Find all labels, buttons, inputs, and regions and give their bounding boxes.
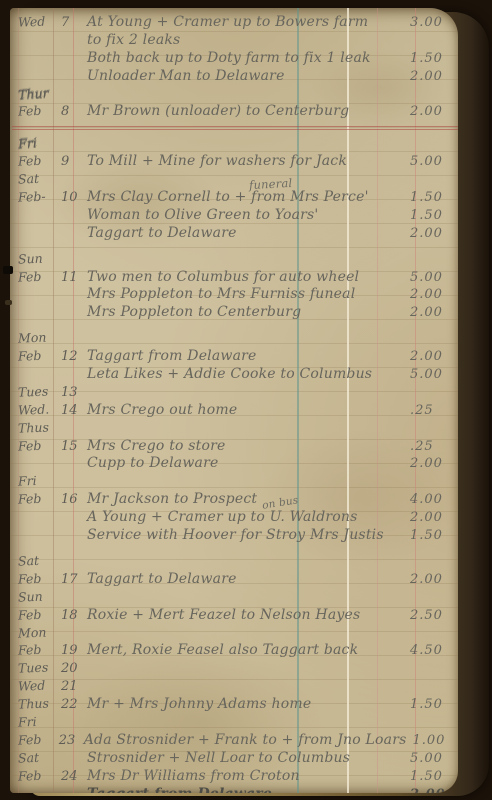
margin-day: Feb bbox=[10, 606, 61, 623]
ledger-row: Tues20 bbox=[10, 660, 458, 678]
entry-text: Mr + Mrs Johnny Adams home bbox=[81, 696, 404, 712]
amount: 2.50 bbox=[404, 608, 458, 623]
date-number: 15 bbox=[61, 439, 81, 454]
date-number: 12 bbox=[61, 349, 81, 364]
ledger-row: Woman to Olive Green to Yoars'1.50 bbox=[10, 207, 458, 225]
amount: 2.00 bbox=[404, 510, 458, 525]
ledger-row: Fri bbox=[10, 473, 458, 491]
margin-day: Feb bbox=[10, 642, 61, 659]
margin-day: Feb bbox=[10, 767, 61, 784]
margin-day bbox=[10, 315, 61, 317]
date-number: 10 bbox=[61, 190, 81, 205]
margin-day: Feb bbox=[10, 570, 61, 587]
amount: 2.00 bbox=[404, 104, 458, 119]
ledger-row: Mon bbox=[10, 625, 458, 643]
amount: 2.00 bbox=[404, 226, 458, 241]
margin-day: Feb bbox=[10, 268, 61, 285]
margin-day: Feb bbox=[10, 490, 61, 507]
margin-day: Sun bbox=[10, 250, 61, 267]
date-number: 19 bbox=[61, 643, 81, 658]
margin-day bbox=[10, 520, 61, 522]
date-number: 16 bbox=[61, 492, 81, 507]
amount: 1.00 bbox=[406, 733, 458, 748]
ledger-row: to fix 2 leaks bbox=[10, 32, 458, 50]
margin-day bbox=[10, 538, 61, 540]
amount: .25 bbox=[404, 403, 458, 418]
margin-day: Fri bbox=[10, 472, 61, 489]
entry-text: Roxie + Mert Feazel to Nelson Hayes bbox=[81, 607, 404, 623]
margin-day: Feb bbox=[10, 103, 61, 120]
amount: 2.00 bbox=[404, 349, 458, 364]
entry-text: Mrs Crego out home bbox=[81, 402, 404, 418]
blank-line bbox=[10, 243, 458, 251]
ledger-row: Mon bbox=[10, 330, 458, 348]
ledger-row: Unloader Man to Delaware2.00 bbox=[10, 68, 458, 86]
amount: 2.00 bbox=[404, 69, 458, 84]
date-number: 14 bbox=[61, 403, 81, 418]
amount: 2.00 bbox=[404, 572, 458, 587]
entry-text: Taggart to Delaware bbox=[81, 225, 404, 241]
entry-text: Unloader Man to Delaware bbox=[81, 68, 404, 84]
amount: 5.00 bbox=[404, 270, 458, 285]
date-number: 17 bbox=[61, 572, 81, 587]
entry-text: Mr Jackson to Prospecton bus bbox=[81, 491, 404, 507]
date-number: 22 bbox=[61, 697, 81, 712]
red-section-divider bbox=[10, 121, 458, 135]
margin-day: Fri bbox=[10, 713, 61, 730]
margin-day bbox=[10, 79, 61, 81]
entry-text: Two men to Columbus for auto wheel bbox=[81, 269, 404, 285]
amount: 1.50 bbox=[404, 769, 458, 784]
ledger-row: Thur bbox=[10, 86, 458, 104]
ledger-entries: Wed7At Young + Cramer up to Bowers farm3… bbox=[10, 14, 458, 793]
ledger-row: Feb24Mrs Dr Williams from Croton1.50 bbox=[10, 768, 458, 786]
ledger-row: Feb-10Mrs Clay Cornell to + from Mrs Per… bbox=[10, 189, 458, 207]
ledger-row: Feb9To Mill + Mine for washers for Jack5… bbox=[10, 153, 458, 171]
margin-day: Feb bbox=[10, 731, 59, 748]
ledger-row: Taggart from Delaware2.00 bbox=[10, 786, 458, 793]
blank-line bbox=[10, 545, 458, 553]
date-number: 20 bbox=[61, 661, 81, 676]
ledger-row: Thus22Mr + Mrs Johnny Adams home1.50 bbox=[10, 696, 458, 714]
margin-day: Mon bbox=[10, 329, 61, 346]
ledger-row: Wed.14Mrs Crego out home.25 bbox=[10, 402, 458, 420]
date-number: 11 bbox=[61, 270, 81, 285]
ledger-row: Leta Likes + Addie Cooke to Columbus5.00 bbox=[10, 366, 458, 384]
margin-day bbox=[10, 377, 61, 379]
ledger-row: Fri bbox=[10, 714, 458, 732]
amount: 5.00 bbox=[404, 367, 458, 382]
amount: 1.50 bbox=[404, 208, 458, 223]
ledger-row: A Young + Cramer up to U. Waldrons2.00 bbox=[10, 509, 458, 527]
margin-day: Sat bbox=[10, 749, 61, 766]
ledger-row: Feb17Taggart to Delaware2.00 bbox=[10, 571, 458, 589]
ledger-row: Mrs Poppleton to Centerburg2.00 bbox=[10, 304, 458, 322]
entry-text: Leta Likes + Addie Cooke to Columbus bbox=[81, 366, 404, 382]
ledger-row: Sun bbox=[10, 251, 458, 269]
entry-text: Mert, Roxie Feasel also Taggart back bbox=[81, 642, 404, 658]
ledger-photo: Wed7At Young + Cramer up to Bowers farm3… bbox=[0, 0, 492, 800]
date-number: 23 bbox=[59, 733, 78, 748]
margin-day: Mon bbox=[10, 624, 61, 641]
amount: 2.00 bbox=[404, 456, 458, 471]
margin-day bbox=[10, 218, 61, 220]
amount: 4.50 bbox=[404, 643, 458, 658]
margin-day: Thur bbox=[10, 84, 61, 103]
entry-text: Woman to Olive Green to Yoars' bbox=[81, 207, 404, 223]
margin-day: Wed bbox=[10, 13, 61, 30]
amount: 2.00 bbox=[404, 787, 458, 793]
amount: 5.00 bbox=[404, 751, 458, 766]
entry-text: Ada Strosnider + Frank to + from Jno Loa… bbox=[78, 732, 407, 748]
ledger-row: Cupp to Delaware2.00 bbox=[10, 455, 458, 473]
margin-day: Thus bbox=[10, 695, 61, 712]
ledger-row: Feb12Taggart from Delaware2.00 bbox=[10, 348, 458, 366]
margin-day bbox=[10, 43, 61, 45]
date-number: 7 bbox=[61, 15, 81, 30]
entry-text: To Mill + Mine for washers for Jack bbox=[81, 153, 404, 169]
ledger-row: Sat bbox=[10, 553, 458, 571]
ledger-row: Feb19Mert, Roxie Feasel also Taggart bac… bbox=[10, 642, 458, 660]
amount: 1.50 bbox=[404, 190, 458, 205]
ledger-row: Taggart to Delaware2.00 bbox=[10, 225, 458, 243]
ledger-row: Both back up to Doty farm to fix 1 leak1… bbox=[10, 50, 458, 68]
amount: 5.00 bbox=[404, 154, 458, 169]
amount: 1.50 bbox=[404, 697, 458, 712]
entry-text: Cupp to Delaware bbox=[81, 455, 404, 471]
ledger-row: Wed7At Young + Cramer up to Bowers farm3… bbox=[10, 14, 458, 32]
amount: .25 bbox=[404, 439, 458, 454]
ledger-row: Feb16Mr Jackson to Prospecton bus4.00 bbox=[10, 491, 458, 509]
entry-text: A Young + Cramer up to U. Waldrons bbox=[81, 509, 404, 525]
amount: 3.00 bbox=[404, 15, 458, 30]
ledger-row: Feb15Mrs Crego to store.25 bbox=[10, 438, 458, 456]
ledger-row: Feb8Mr Brown (unloader) to Centerburg2.0… bbox=[10, 103, 458, 121]
amount: 2.00 bbox=[404, 305, 458, 320]
margin-day: Sat bbox=[10, 170, 61, 187]
margin-day bbox=[10, 298, 61, 300]
margin-day bbox=[10, 61, 61, 63]
date-number: 8 bbox=[61, 104, 81, 119]
margin-day: Wed bbox=[10, 677, 61, 694]
ledger-row: Sat bbox=[10, 171, 458, 189]
amount: 2.00 bbox=[404, 287, 458, 302]
amount: 1.50 bbox=[404, 51, 458, 66]
ledger-row: Wed21 bbox=[10, 678, 458, 696]
margin-day: Tues bbox=[10, 383, 61, 400]
entry-text: Strosnider + Nell Loar to Columbus bbox=[81, 750, 404, 766]
ledger-page: Wed7At Young + Cramer up to Bowers farm3… bbox=[10, 8, 458, 793]
margin-day: Sun bbox=[10, 588, 61, 605]
margin-day: Sat bbox=[10, 552, 61, 569]
entry-text: Mrs Poppleton to Mrs Furniss funeal bbox=[81, 286, 404, 302]
ledger-row: Tues13 bbox=[10, 384, 458, 402]
margin-day: Feb bbox=[10, 347, 61, 364]
date-number: 18 bbox=[61, 608, 81, 623]
page-edge-mark bbox=[5, 300, 12, 305]
entry-text: Taggart to Delaware bbox=[81, 571, 404, 587]
date-number: 24 bbox=[61, 769, 81, 784]
entry-text: Mrs Poppleton to Centerburg bbox=[81, 304, 404, 320]
margin-day: Feb- bbox=[10, 188, 61, 205]
margin-day: Tues bbox=[10, 659, 61, 676]
ledger-row: Thus bbox=[10, 420, 458, 438]
page-edge-mark bbox=[3, 266, 13, 274]
margin-day: Thus bbox=[10, 419, 61, 436]
margin-day: Wed. bbox=[10, 401, 61, 418]
date-number: 13 bbox=[61, 385, 81, 400]
entry-text: At Young + Cramer up to Bowers farm bbox=[81, 14, 404, 30]
margin-day: Feb bbox=[10, 152, 61, 169]
date-number: 9 bbox=[61, 154, 81, 169]
margin-day: Fri bbox=[10, 134, 61, 153]
ledger-row: Feb11Two men to Columbus for auto wheel5… bbox=[10, 269, 458, 287]
margin-day: Feb bbox=[10, 437, 61, 454]
amount: 1.50 bbox=[404, 528, 458, 543]
entry-text: Mrs Dr Williams from Croton bbox=[81, 768, 404, 784]
entry-text: Both back up to Doty farm to fix 1 leak bbox=[81, 50, 404, 66]
ledger-row: Feb23Ada Strosnider + Frank to + from Jn… bbox=[10, 732, 458, 750]
entry-text: Service with Hoover for Stroy Mrs Justis bbox=[81, 527, 404, 543]
date-number: 21 bbox=[61, 679, 81, 694]
inserted-word: funeral bbox=[249, 176, 293, 192]
margin-day bbox=[10, 467, 61, 469]
entry-text: Mrs Clay Cornell to + from Mrs Perce'fun… bbox=[81, 189, 404, 205]
ledger-row: Sun bbox=[10, 589, 458, 607]
ledger-row: Mrs Poppleton to Mrs Furniss funeal2.00 bbox=[10, 286, 458, 304]
ledger-row: Feb18Roxie + Mert Feazel to Nelson Hayes… bbox=[10, 607, 458, 625]
entry-text: Taggart from Delaware bbox=[81, 786, 404, 793]
ledger-row: Fri bbox=[10, 135, 458, 153]
entry-text: to fix 2 leaks bbox=[81, 32, 404, 48]
entry-text: Taggart from Delaware bbox=[81, 348, 404, 364]
amount: 4.00 bbox=[404, 492, 458, 507]
ledger-row: SatStrosnider + Nell Loar to Columbus5.0… bbox=[10, 750, 458, 768]
blank-line bbox=[10, 322, 458, 330]
ledger-row: Service with Hoover for Stroy Mrs Justis… bbox=[10, 527, 458, 545]
margin-day bbox=[10, 236, 61, 238]
entry-text: Mrs Crego to store bbox=[81, 438, 404, 454]
entry-text: Mr Brown (unloader) to Centerburg bbox=[81, 103, 404, 119]
